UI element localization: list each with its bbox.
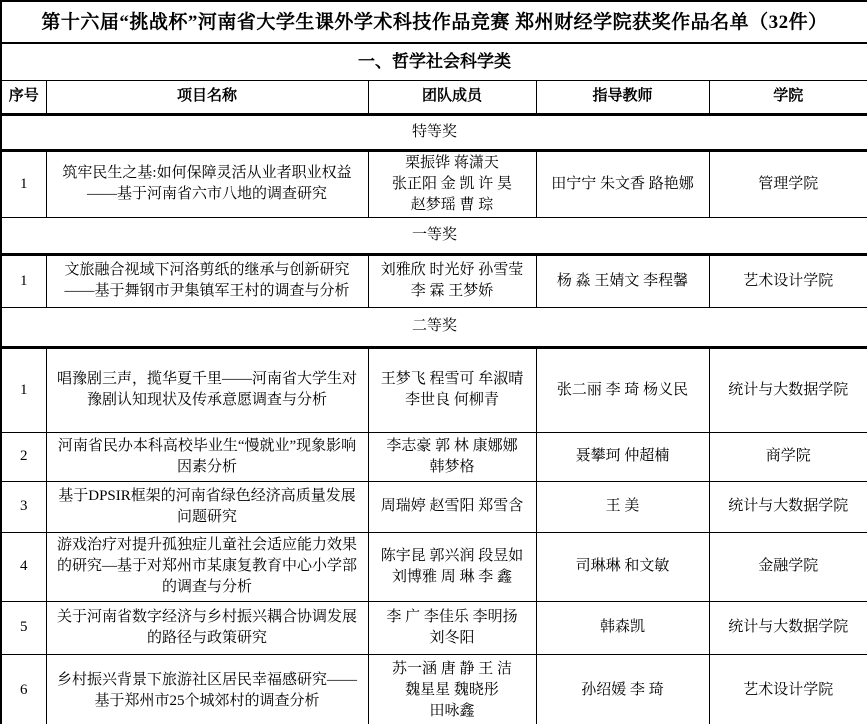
teachers-cell: 张二丽 李 琦 杨义民 bbox=[536, 347, 709, 432]
college-cell: 管理学院 bbox=[709, 150, 867, 217]
project-name-cell: 乡村振兴背景下旅游社区居民幸福感研究——基于郑州市25个城郊村的调查分析 bbox=[46, 654, 368, 724]
teachers-cell: 孙绍媛 李 琦 bbox=[536, 654, 709, 724]
teachers-cell: 司琳琳 和文敏 bbox=[536, 532, 709, 601]
project-name-cell: 游戏治疗对提升孤独症儿童社会适应能力效果的研究—基于对郑州市某康复教育中心小学部… bbox=[46, 532, 368, 601]
college-cell: 艺术设计学院 bbox=[709, 654, 867, 724]
member-line: 苏一涵 唐 静 王 洁 bbox=[373, 659, 532, 680]
teachers-cell: 田宁宁 朱文香 路艳娜 bbox=[536, 150, 709, 217]
page-title: 第十六届“挑战杯”河南省大学生课外学术科技作品竞赛 郑州财经学院获奖作品名单（3… bbox=[1, 1, 867, 43]
project-name-cell: 文旅融合视域下河洛剪纸的继承与创新研究——基于舞钢市尹集镇军王村的调查与分析 bbox=[46, 254, 368, 307]
col-header-serial: 序号 bbox=[1, 80, 46, 114]
col-header-members: 团队成员 bbox=[368, 80, 536, 114]
member-line: 韩梦格 bbox=[373, 457, 532, 478]
member-line: 王梦飞 程雪可 牟淑晴 bbox=[373, 369, 532, 390]
team-members-cell: 周瑞婷 赵雪阳 郑雪含 bbox=[368, 481, 536, 532]
member-line: 赵梦瑶 曹 琮 bbox=[373, 195, 532, 216]
section-heading-row: 一、哲学社会科学类 bbox=[1, 43, 867, 80]
row-number-cell: 2 bbox=[1, 432, 46, 481]
row-number-cell: 1 bbox=[1, 150, 46, 217]
awards-table: 第十六届“挑战杯”河南省大学生课外学术科技作品竞赛 郑州财经学院获奖作品名单（3… bbox=[0, 0, 867, 724]
award-band-row: 二等奖 bbox=[1, 307, 867, 347]
award-band-row: 特等奖 bbox=[1, 114, 867, 150]
teachers-cell: 杨 淼 王婧文 李程馨 bbox=[536, 254, 709, 307]
member-line: 刘博雅 周 琳 李 鑫 bbox=[373, 567, 532, 588]
member-line: 魏星星 魏晓彤 bbox=[373, 680, 532, 701]
college-cell: 金融学院 bbox=[709, 532, 867, 601]
college-cell: 统计与大数据学院 bbox=[709, 347, 867, 432]
row-number-cell: 5 bbox=[1, 601, 46, 654]
row-number-cell: 6 bbox=[1, 654, 46, 724]
title-row: 第十六届“挑战杯”河南省大学生课外学术科技作品竞赛 郑州财经学院获奖作品名单（3… bbox=[1, 1, 867, 43]
table-row: 2河南省民办本科高校毕业生“慢就业”现象影响因素分析李志豪 郭 林 康娜娜韩梦格… bbox=[1, 432, 867, 481]
team-members-cell: 苏一涵 唐 静 王 洁魏星星 魏晓彤田咏鑫 bbox=[368, 654, 536, 724]
college-cell: 统计与大数据学院 bbox=[709, 601, 867, 654]
college-cell: 商学院 bbox=[709, 432, 867, 481]
table-row: 4游戏治疗对提升孤独症儿童社会适应能力效果的研究—基于对郑州市某康复教育中心小学… bbox=[1, 532, 867, 601]
member-line: 栗振铧 蒋潇天 bbox=[373, 153, 532, 174]
table-row: 1唱豫剧三声，揽华夏千里——河南省大学生对豫剧认知现状及传承意愿调查与分析王梦飞… bbox=[1, 347, 867, 432]
member-line: 刘冬阳 bbox=[373, 628, 532, 649]
team-members-cell: 李 广 李佳乐 李明扬刘冬阳 bbox=[368, 601, 536, 654]
award-band-label: 一等奖 bbox=[1, 217, 867, 254]
col-header-college: 学院 bbox=[709, 80, 867, 114]
awards-table-body: 特等奖1筑牢民生之基:如何保障灵活从业者职业权益——基于河南省六市八地的调查研究… bbox=[1, 114, 867, 724]
college-cell: 统计与大数据学院 bbox=[709, 481, 867, 532]
section-heading: 一、哲学社会科学类 bbox=[1, 43, 867, 80]
row-number-cell: 1 bbox=[1, 254, 46, 307]
member-line: 田咏鑫 bbox=[373, 701, 532, 722]
table-row: 1文旅融合视域下河洛剪纸的继承与创新研究——基于舞钢市尹集镇军王村的调查与分析刘… bbox=[1, 254, 867, 307]
col-header-project: 项目名称 bbox=[46, 80, 368, 114]
project-name-cell: 关于河南省数字经济与乡村振兴耦合协调发展的路径与政策研究 bbox=[46, 601, 368, 654]
team-members-cell: 栗振铧 蒋潇天张正阳 金 凯 许 昊赵梦瑶 曹 琮 bbox=[368, 150, 536, 217]
college-cell: 艺术设计学院 bbox=[709, 254, 867, 307]
teachers-cell: 王 美 bbox=[536, 481, 709, 532]
teachers-cell: 韩森凯 bbox=[536, 601, 709, 654]
project-name-cell: 河南省民办本科高校毕业生“慢就业”现象影响因素分析 bbox=[46, 432, 368, 481]
row-number-cell: 4 bbox=[1, 532, 46, 601]
team-members-cell: 李志豪 郭 林 康娜娜韩梦格 bbox=[368, 432, 536, 481]
team-members-cell: 刘雅欣 时光妤 孙雪莹李 霖 王梦娇 bbox=[368, 254, 536, 307]
row-number-cell: 1 bbox=[1, 347, 46, 432]
award-band-label: 二等奖 bbox=[1, 307, 867, 347]
member-line: 周瑞婷 赵雪阳 郑雪含 bbox=[373, 496, 532, 517]
member-line: 刘雅欣 时光妤 孙雪莹 bbox=[373, 260, 532, 281]
member-line: 李世良 何柳青 bbox=[373, 390, 532, 411]
team-members-cell: 陈宇昆 郭兴润 段昱如刘博雅 周 琳 李 鑫 bbox=[368, 532, 536, 601]
teachers-cell: 聂攀珂 仲超楠 bbox=[536, 432, 709, 481]
project-name-cell: 唱豫剧三声，揽华夏千里——河南省大学生对豫剧认知现状及传承意愿调查与分析 bbox=[46, 347, 368, 432]
table-row: 6乡村振兴背景下旅游社区居民幸福感研究——基于郑州市25个城郊村的调查分析苏一涵… bbox=[1, 654, 867, 724]
member-line: 张正阳 金 凯 许 昊 bbox=[373, 174, 532, 195]
table-row: 3基于DPSIR框架的河南省绿色经济高质量发展问题研究周瑞婷 赵雪阳 郑雪含王 … bbox=[1, 481, 867, 532]
project-name-cell: 基于DPSIR框架的河南省绿色经济高质量发展问题研究 bbox=[46, 481, 368, 532]
col-header-teachers: 指导教师 bbox=[536, 80, 709, 114]
member-line: 李志豪 郭 林 康娜娜 bbox=[373, 436, 532, 457]
project-name-cell: 筑牢民生之基:如何保障灵活从业者职业权益——基于河南省六市八地的调查研究 bbox=[46, 150, 368, 217]
table-row: 1筑牢民生之基:如何保障灵活从业者职业权益——基于河南省六市八地的调查研究栗振铧… bbox=[1, 150, 867, 217]
member-line: 李 霖 王梦娇 bbox=[373, 281, 532, 302]
table-row: 5关于河南省数字经济与乡村振兴耦合协调发展的路径与政策研究李 广 李佳乐 李明扬… bbox=[1, 601, 867, 654]
row-number-cell: 3 bbox=[1, 481, 46, 532]
member-line: 李 广 李佳乐 李明扬 bbox=[373, 607, 532, 628]
column-header-row: 序号 项目名称 团队成员 指导教师 学院 bbox=[1, 80, 867, 114]
team-members-cell: 王梦飞 程雪可 牟淑晴李世良 何柳青 bbox=[368, 347, 536, 432]
award-band-label: 特等奖 bbox=[1, 114, 867, 150]
member-line: 陈宇昆 郭兴润 段昱如 bbox=[373, 546, 532, 567]
award-band-row: 一等奖 bbox=[1, 217, 867, 254]
